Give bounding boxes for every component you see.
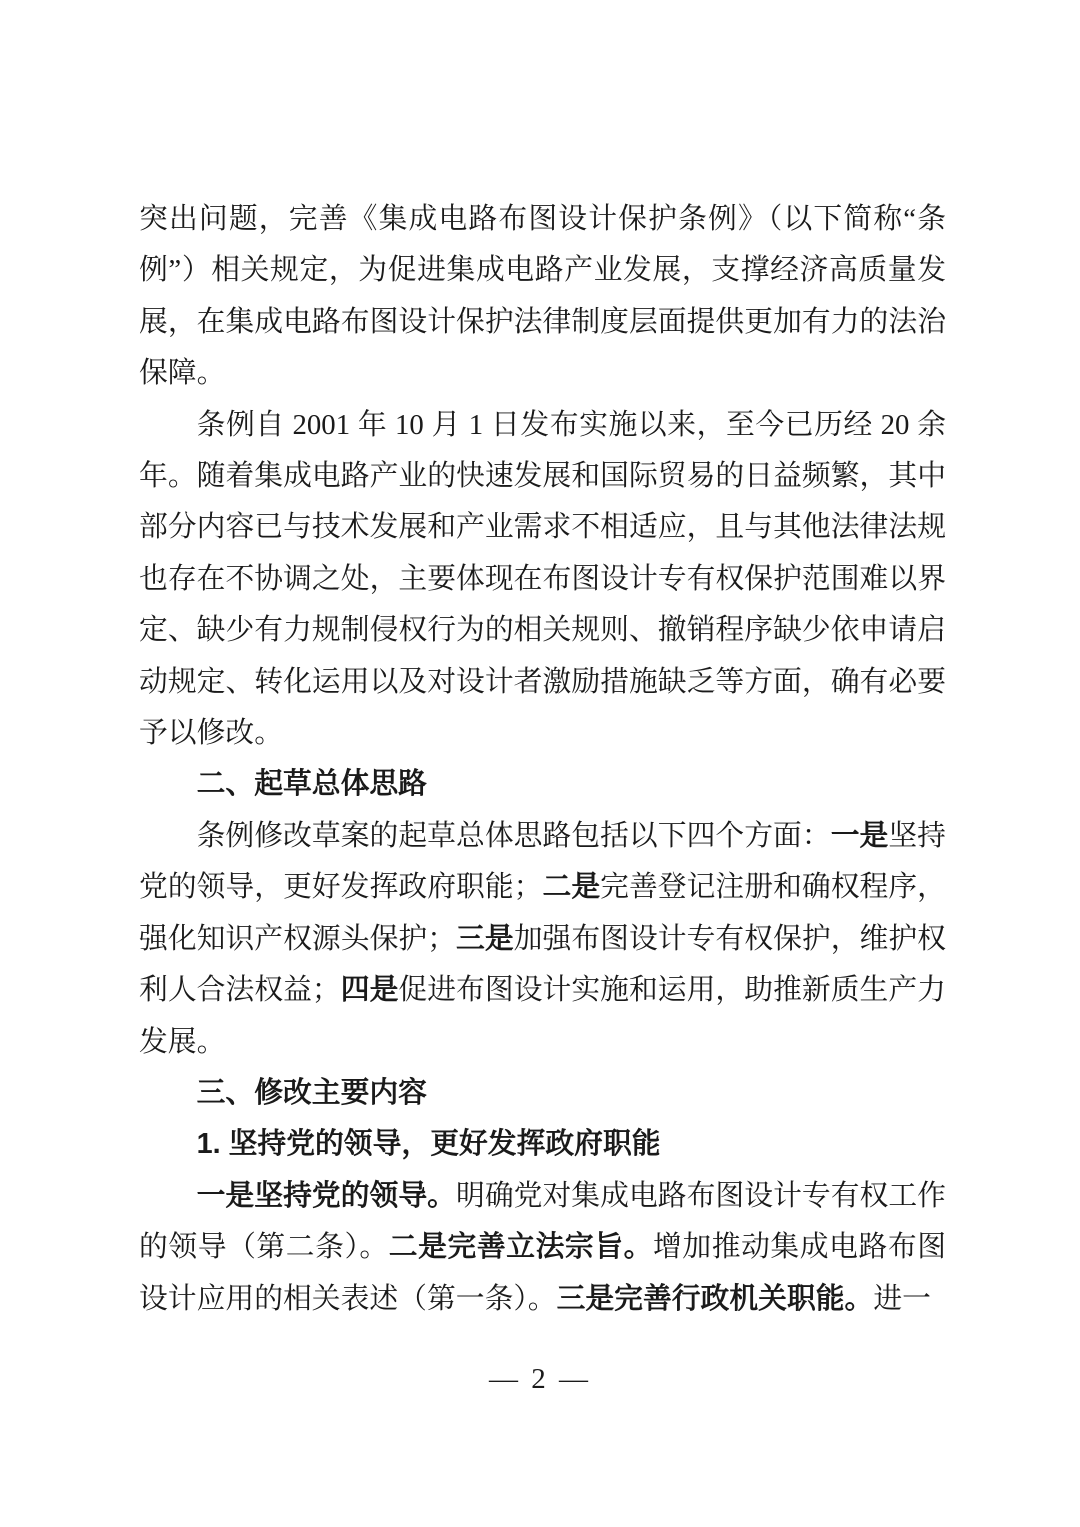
emphasis-text: 1. 坚持党的领导，更好发挥政府职能 (197, 1128, 661, 1160)
emphasis-text: 一是 (831, 820, 889, 852)
document-body: 突出问题，完善《集成电路布图设计保护条例》（以下简称“条例”）相关规定，为促进集… (139, 194, 946, 1325)
paragraph: 突出问题，完善《集成电路布图设计保护条例》（以下简称“条例”）相关规定，为促进集… (139, 194, 946, 400)
paragraph: 条例自 2001 年 10 月 1 日发布实施以来，至今已历经 20 余年。随着… (139, 400, 946, 760)
emphasis-text: 三、修改主要内容 (197, 1077, 427, 1109)
emphasis-text: 二是 (542, 871, 600, 903)
body-text: 条例修改草案的起草总体思路包括以下四个方面： (197, 820, 831, 852)
section-heading: 三、修改主要内容 (139, 1068, 946, 1119)
emphasis-text: 三是 (456, 923, 514, 955)
paragraph: 条例修改草案的起草总体思路包括以下四个方面：一是坚持党的领导，更好发挥政府职能；… (139, 811, 946, 1068)
body-text: 突出问题，完善《集成电路布图设计保护条例》（以下简称“条例”）相关规定，为促进集… (139, 203, 946, 389)
body-text: 进一 (873, 1283, 931, 1315)
emphasis-text: 四是 (341, 974, 399, 1006)
page-number: — 2 — (0, 1363, 1080, 1396)
emphasis-text: 二、起草总体思路 (197, 768, 427, 800)
section-heading: 1. 坚持党的领导，更好发挥政府职能 (139, 1119, 946, 1170)
emphasis-text: 一是坚持党的领导。 (197, 1180, 456, 1212)
section-heading: 二、起草总体思路 (139, 759, 946, 810)
emphasis-text: 二是完善立法宗旨。 (389, 1231, 653, 1263)
emphasis-text: 三是完善行政机关职能。 (557, 1283, 874, 1315)
document-page: 突出问题，完善《集成电路布图设计保护条例》（以下简称“条例”）相关规定，为促进集… (0, 0, 1080, 1527)
body-text: 条例自 2001 年 10 月 1 日发布实施以来，至今已历经 20 余年。随着… (139, 409, 946, 749)
paragraph: 一是坚持党的领导。明确党对集成电路布图设计专有权工作的领导（第二条）。二是完善立… (139, 1171, 946, 1325)
